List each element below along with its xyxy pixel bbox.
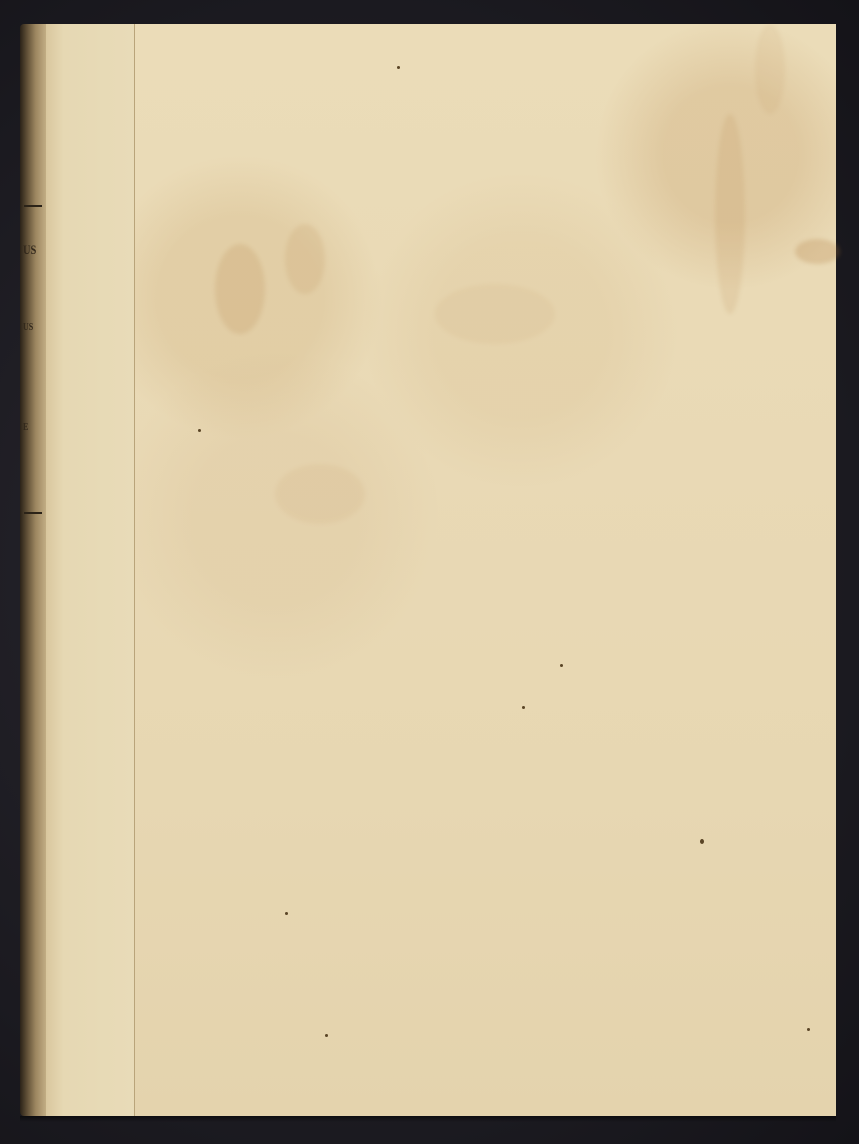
spine-title-fragment-2: US [23,322,33,333]
speck [325,1034,328,1037]
speck [198,429,201,432]
foxing-stain [715,114,745,314]
foxing-stain [435,284,555,344]
speck [560,664,563,667]
speck [522,706,525,709]
book: US US E [20,24,836,1116]
foxing-stain [795,239,840,264]
spine-title-fragment-1: US [23,242,36,258]
spine-rule-top [24,205,42,207]
cover-turn-in-strip [46,24,135,1116]
speck [807,1028,810,1031]
book-spine: US US E [20,24,46,1116]
foxing-stain [215,244,265,334]
foxing-stain [275,464,365,524]
foxing-stain [755,24,785,114]
front-cover [135,24,836,1116]
book-bottom-shadow [20,1116,836,1122]
speck [700,839,704,844]
speck [285,912,288,915]
scan-background: US US E [0,0,859,1144]
spine-rule-bottom [24,512,42,514]
spine-title-fragment-3: E [23,422,28,433]
foxing-stain [285,224,325,294]
speck [397,66,400,69]
